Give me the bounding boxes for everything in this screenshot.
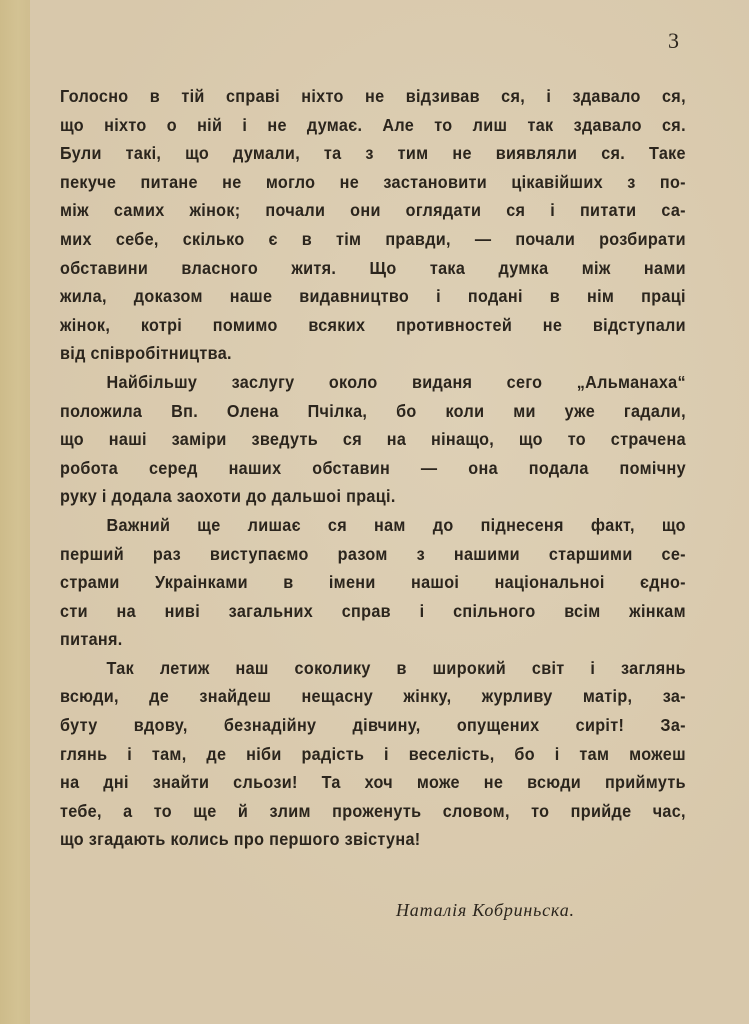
body-text: Голосно в тій справі ніхто не відзивав с… (60, 82, 642, 854)
text-line: мих себе, скілько є в тім правди, — поча… (60, 225, 686, 254)
text-line: сти на ниві загальних справ і спільного … (60, 597, 686, 626)
text-line: жінок, котрі помимо всяких противностей … (60, 311, 686, 340)
text-line: робота серед наших обставин — она подала… (60, 454, 686, 483)
text-line: що наші заміри зведуть ся на нінащо, що … (60, 425, 686, 454)
book-spine-edge (0, 0, 30, 1024)
text-line: тебе, а то ще й злим проженуть словом, т… (60, 797, 686, 826)
text-line: пекуче питане не могло не застановити ці… (60, 168, 686, 197)
text-line: між самих жінок; почали они оглядати ся … (60, 196, 686, 225)
text-line: обставини власного житя. Що така думка м… (60, 254, 686, 283)
text-line: що ніхто о ній і не думає. Але то лиш та… (60, 111, 686, 140)
text-line: Важний ще лишає ся нам до піднесеня факт… (60, 511, 686, 540)
text-line: Найбільшу заслугу около виданя сего „Аль… (60, 368, 686, 397)
text-line: Були такі, що думали, та з тим не виявля… (60, 139, 686, 168)
text-line: руку і додала заохоти до дальшоі праці. (60, 482, 686, 511)
text-line: перший раз виступаємо разом з нашими ста… (60, 540, 686, 569)
text-line: питаня. (60, 625, 686, 654)
page-number: 3 (668, 28, 679, 54)
text-line: положила Вп. Олена Пчілка, бо коли ми уж… (60, 397, 686, 426)
text-line: що згадають колись про першого звістуна! (60, 825, 686, 854)
text-line: страми Украінками в імени нашоі націонал… (60, 568, 686, 597)
text-line: жила, доказом наше видавництво і подані … (60, 282, 686, 311)
text-line: від співробітництва. (60, 339, 686, 368)
text-line: Голосно в тій справі ніхто не відзивав с… (60, 82, 686, 111)
text-line: глянь і там, де ніби радість і веселість… (60, 740, 686, 769)
paragraph: Найбільшу заслугу около виданя сего „Аль… (60, 368, 642, 511)
paragraph: Важний ще лишає ся нам до піднесеня факт… (60, 511, 642, 654)
text-line: буту вдову, безнадійну дівчину, опущених… (60, 711, 686, 740)
text-line: Так летиж наш соколику в широкий світ і … (60, 654, 686, 683)
text-line: на дні знайти сльози! Та хоч може не всю… (60, 768, 686, 797)
paragraph: Голосно в тій справі ніхто не відзивав с… (60, 82, 642, 368)
text-line: всюди, де знайдеш нещасну жінку, журливу… (60, 682, 686, 711)
paragraph: Так летиж наш соколику в широкий світ і … (60, 654, 642, 854)
author-signature: Наталія Кобриньска. (396, 900, 575, 921)
